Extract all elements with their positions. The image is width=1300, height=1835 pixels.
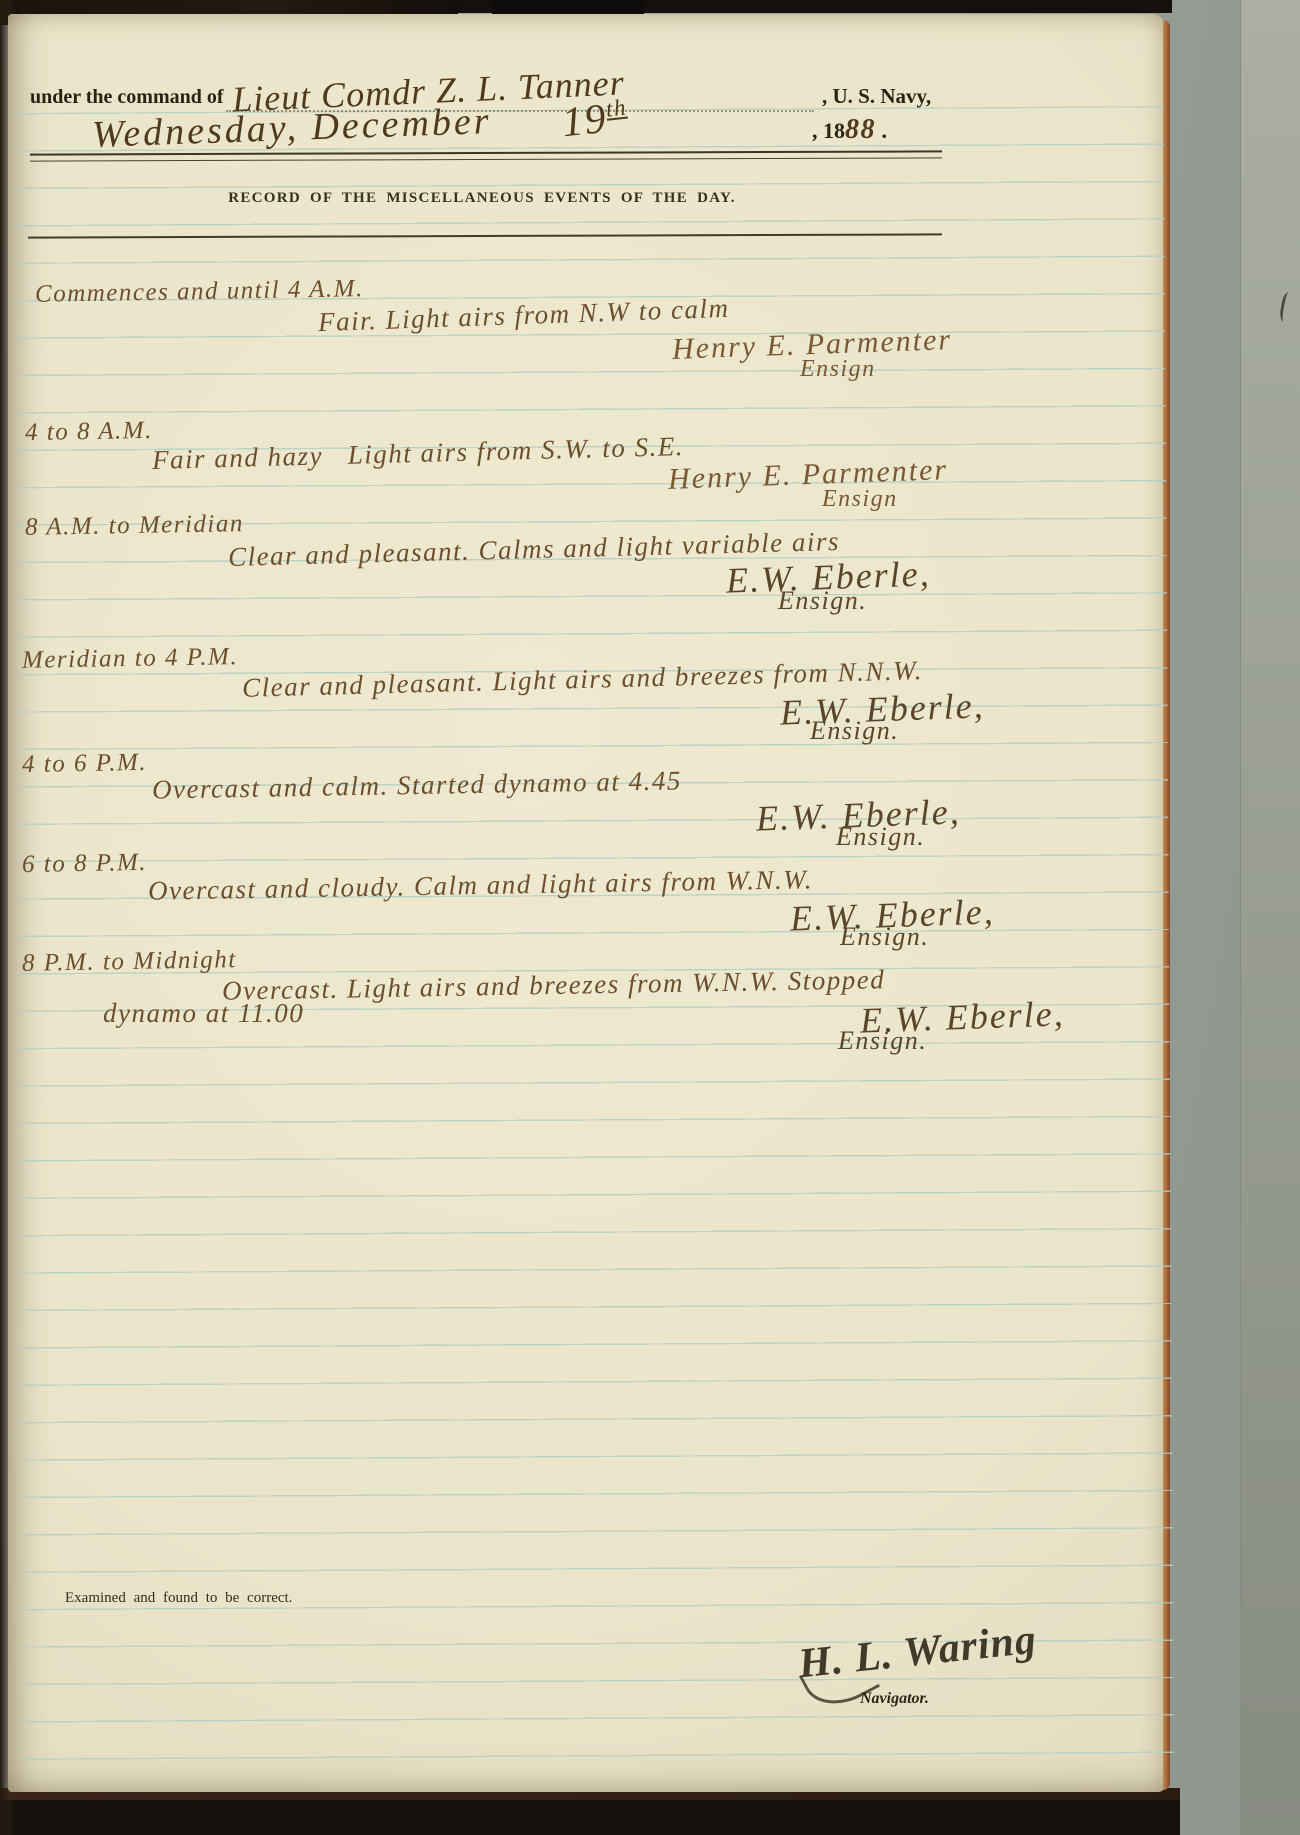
year-handwritten: 88	[845, 114, 876, 145]
watch-period: 8 P.M. to Midnight	[22, 946, 237, 978]
watch-period: 6 to 8 P.M.	[22, 849, 148, 879]
officer-rank: Ensign.	[778, 586, 867, 616]
page-content: under the command of Lieut Comdr Z. L. T…	[0, 0, 1300, 1835]
header-single-rule	[28, 233, 942, 238]
date-day: 19th	[560, 93, 631, 148]
logbook-scan: under the command of Lieut Comdr Z. L. T…	[0, 0, 1300, 1835]
officer-rank: Ensign	[822, 486, 898, 513]
weather-remark: Overcast and cloudy. Calm and light airs…	[148, 864, 813, 907]
weather-remark-continued: dynamo at 11.00	[103, 998, 304, 1029]
watch-period: Meridian to 4 P.M.	[22, 643, 239, 675]
weather-remark: Fair and hazy Light airs from S.W. to S.…	[152, 431, 685, 476]
weather-remark: Overcast and calm. Started dynamo at 4.4…	[152, 765, 682, 805]
weather-remark: Overcast. Light airs and breezes from W.…	[222, 964, 886, 1007]
navigator-signature: H. L. Waring	[796, 1616, 1039, 1689]
command-printed-label: under the command of	[30, 86, 224, 109]
officer-rank: Ensign	[800, 356, 876, 383]
watch-period: 4 to 8 A.M.	[25, 417, 153, 447]
day-ordinal: th	[605, 94, 629, 122]
navigator-label: Navigator.	[860, 1690, 929, 1708]
examined-note: Examined and found to be correct.	[65, 1590, 292, 1607]
navy-label: , U. S. Navy,	[822, 84, 931, 109]
officer-signature: Henry E. Parmenter	[667, 453, 948, 497]
year-period: .	[882, 118, 888, 143]
officer-rank: Ensign.	[838, 1026, 927, 1056]
officer-rank: Ensign.	[836, 822, 925, 852]
watch-period: 4 to 6 P.M.	[22, 749, 148, 779]
weather-remark: Fair. Light airs from N.W to calm	[318, 293, 730, 338]
section-title: RECORD OF THE MISCELLANEOUS EVENTS OF TH…	[0, 190, 964, 207]
year-printed: , 18	[812, 118, 845, 143]
officer-rank: Ensign.	[840, 922, 929, 952]
day-number: 19	[560, 96, 610, 146]
watch-period: 8 A.M. to Meridian	[25, 510, 244, 542]
year-group: , 1888 .	[812, 114, 887, 146]
officer-rank: Ensign.	[810, 716, 899, 746]
watch-period: Commences and until 4 A.M.	[35, 275, 364, 309]
